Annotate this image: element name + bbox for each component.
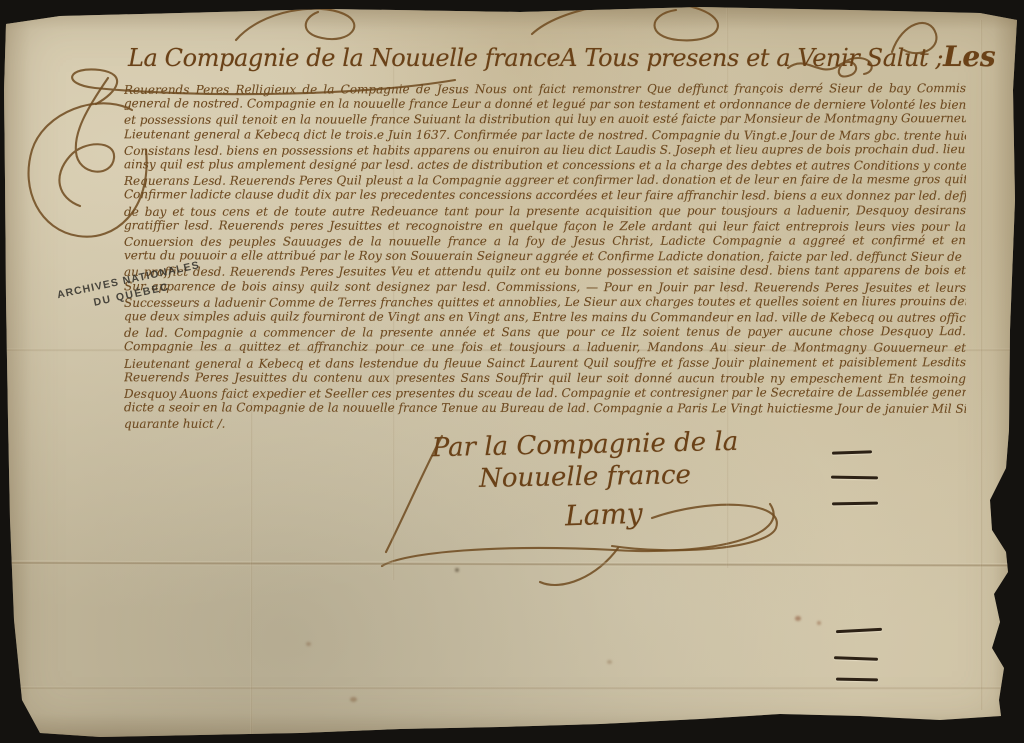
ink-spot	[455, 568, 459, 572]
signature-tail	[540, 548, 618, 585]
closing-line-1: Par la Compagnie de la	[395, 426, 776, 464]
fold-crease-horizontal-main	[0, 561, 1024, 568]
stain-spot	[817, 621, 821, 625]
manuscript-line: Confirmer ladicte clause dudit dix par l…	[124, 188, 966, 205]
heading-address: A Tous presens et a Venir Salut ;	[560, 44, 943, 72]
closing-line-2: Nouuelle france	[395, 459, 775, 496]
manuscript-line: gratiffier lesd. Reuerends peres Jesuitt…	[124, 218, 966, 235]
seal-slit	[836, 678, 878, 682]
top-swirl-left	[236, 9, 354, 40]
seal-slit	[832, 450, 872, 454]
closing-formula: Par la Compagnie de la Nouuelle france	[395, 430, 775, 492]
seal-slit	[832, 502, 878, 506]
seal-slit	[836, 628, 882, 633]
stain-spot	[306, 642, 311, 646]
stain-spot	[795, 616, 801, 621]
manuscript-line: Successeurs a laduenir Comme de Terres f…	[124, 294, 966, 311]
photograph-backdrop: La Compagnie de la Nouuelle france A Tou…	[0, 0, 1024, 743]
manuscript-body: Reuerends Peres Relligieux de la Compagn…	[124, 82, 966, 432]
manuscript-line: Lieutenant general a Kebecq dict le troi…	[124, 127, 966, 144]
manuscript-line: Compagnie les a quittez et affranchiz po…	[124, 340, 966, 357]
manuscript-line: Sur apparence de bois ainsy quilz sont d…	[124, 279, 966, 296]
manuscript-line: Reuerends Peres Jesuittes du contenu aux…	[124, 370, 966, 387]
stain-spot	[350, 697, 357, 702]
manuscript-line: Consistans lesd. biens en possessions et…	[124, 142, 966, 159]
manuscript-line: Lieutenant general a Kebecq et dans lest…	[124, 355, 966, 372]
top-swirl-centre	[532, 2, 718, 40]
signature-lamy: Lamy	[564, 497, 643, 533]
heading-lead-word: Les	[943, 40, 995, 73]
edge-crease-right	[980, 20, 983, 710]
fold-crease-horizontal-lower	[0, 686, 1024, 690]
manuscript-line: et possessions quil tenoit en la nouuell…	[124, 112, 966, 129]
heading-opening: La Compagnie de la Nouuelle france	[128, 44, 560, 72]
manuscript-line: au proffict desd. Reuerends Peres Jesuit…	[124, 264, 966, 281]
parchment-document: La Compagnie de la Nouuelle france A Tou…	[0, 0, 1024, 743]
document-heading: La Compagnie de la Nouuelle france A Tou…	[128, 40, 992, 73]
manuscript-line: de bay et tous cens et de toute autre Re…	[124, 203, 966, 220]
fold-crease-vertical-left	[250, 400, 253, 735]
stain-spot	[607, 660, 612, 664]
seal-slit	[831, 476, 878, 480]
initial-paraph-knot	[59, 78, 114, 206]
seal-slit	[834, 656, 878, 661]
